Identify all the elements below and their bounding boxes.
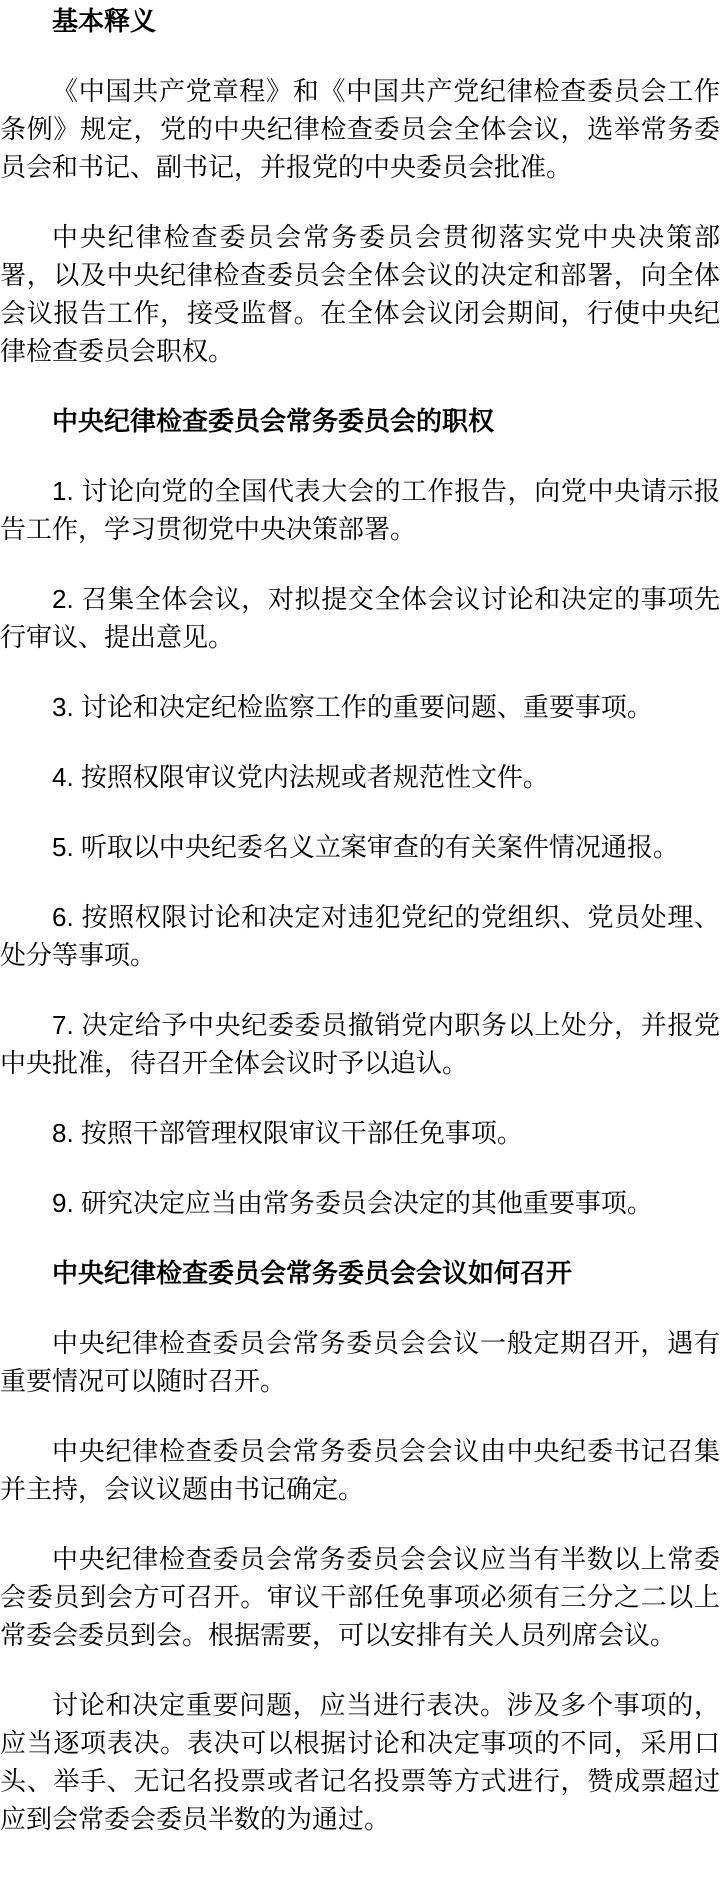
list-item-6: 6. 按照权限讨论和决定对违犯党纪的党组织、党员处理、处分等事项。 <box>0 898 720 974</box>
list-item-3: 3. 讨论和决定纪检监察工作的重要问题、重要事项。 <box>0 688 720 726</box>
body-paragraph: 中央纪律检查委员会常务委员会会议应当有半数以上常委会委员到会方可召开。审议干部任… <box>0 1540 720 1654</box>
list-item-1: 1. 讨论向党的全国代表大会的工作报告，向党中央请示报告工作，学习贯彻党中央决策… <box>0 472 720 548</box>
body-paragraph: 中央纪律检查委员会常务委员会贯彻落实党中央决策部署，以及中央纪律检查委员会全体会… <box>0 218 720 370</box>
body-paragraph: 《中国共产党章程》和《中国共产党纪律检查委员会工作条例》规定，党的中央纪律检查委… <box>0 72 720 186</box>
body-paragraph: 中央纪律检查委员会常务委员会会议由中央纪委书记召集并主持，会议议题由书记确定。 <box>0 1432 720 1508</box>
list-item-8: 8. 按照干部管理权限审议干部任免事项。 <box>0 1114 720 1152</box>
list-item-5: 5. 听取以中央纪委名义立案审查的有关案件情况通报。 <box>0 828 720 866</box>
list-item-9: 9. 研究决定应当由常务委员会决定的其他重要事项。 <box>0 1184 720 1222</box>
article-page: 基本释义 《中国共产党章程》和《中国共产党纪律检查委员会工作条例》规定，党的中央… <box>0 0 720 1886</box>
body-paragraph: 中央纪律检查委员会常务委员会会议一般定期召开，遇有重要情况可以随时召开。 <box>0 1324 720 1400</box>
section-heading-standing-committee-powers: 中央纪律检查委员会常务委员会的职权 <box>0 402 720 440</box>
section-heading-how-meetings-convened: 中央纪律检查委员会常务委员会会议如何召开 <box>0 1254 720 1292</box>
section-heading-basic-definition: 基本释义 <box>0 2 720 40</box>
body-paragraph: 讨论和决定重要问题，应当进行表决。涉及多个事项的，应当逐项表决。表决可以根据讨论… <box>0 1686 720 1838</box>
list-item-4: 4. 按照权限审议党内法规或者规范性文件。 <box>0 758 720 796</box>
list-item-2: 2. 召集全体会议，对拟提交全体会议讨论和决定的事项先行审议、提出意见。 <box>0 580 720 656</box>
list-item-7: 7. 决定给予中央纪委委员撤销党内职务以上处分，并报党中央批准，待召开全体会议时… <box>0 1006 720 1082</box>
